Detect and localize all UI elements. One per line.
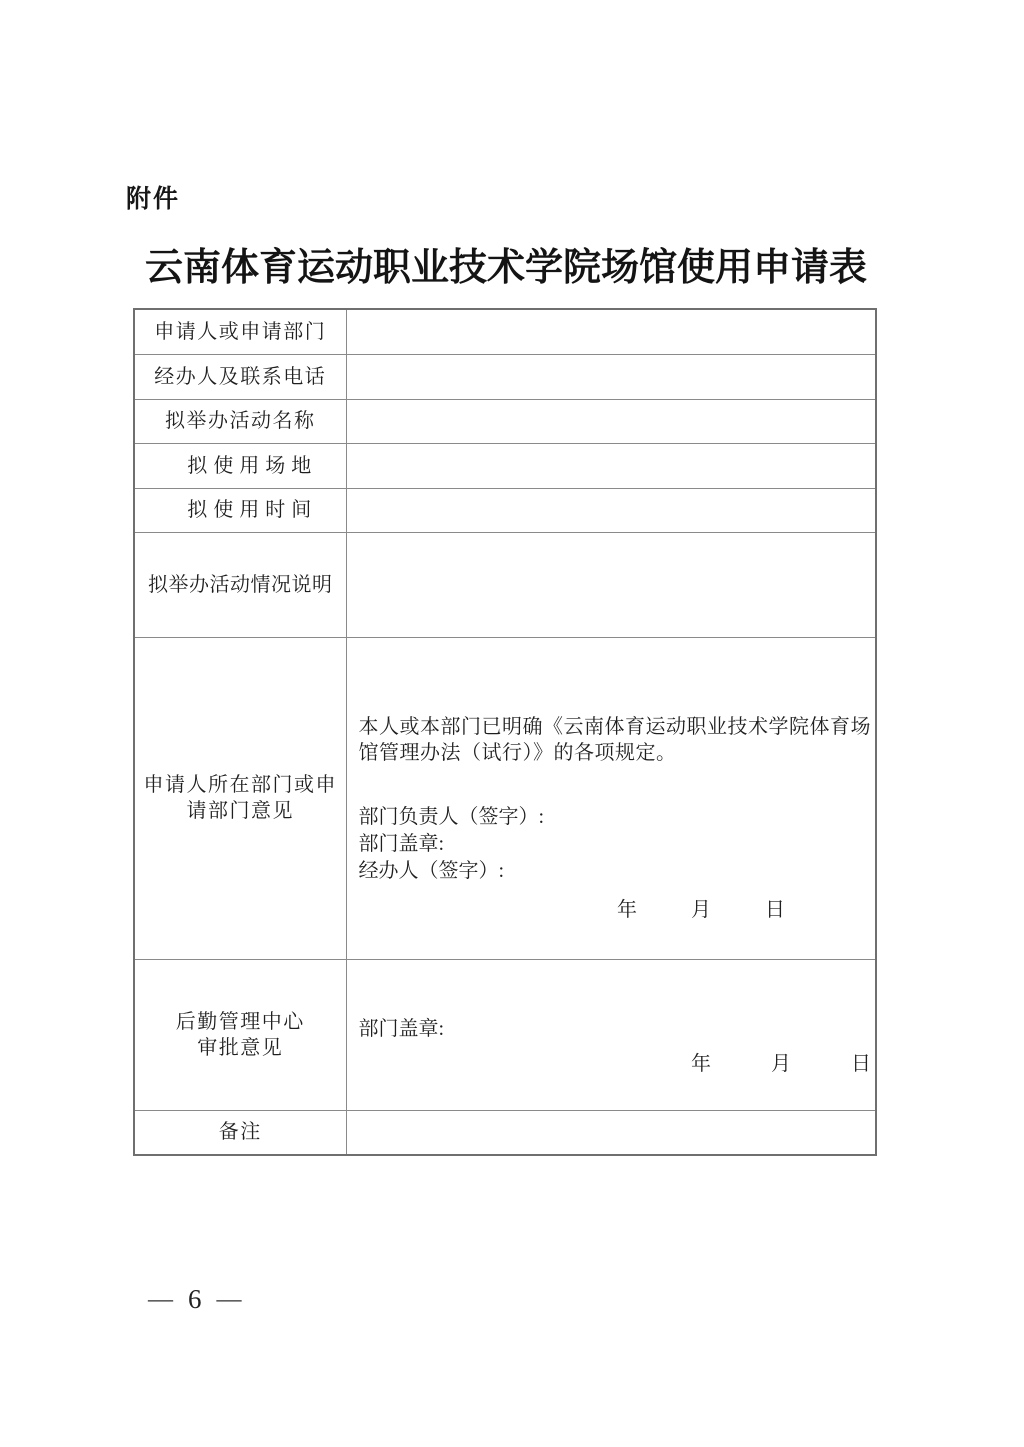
remark-value-cell — [346, 1110, 876, 1155]
department-stamp-line: 部门盖章: — [359, 831, 876, 858]
page-number-dash-left: — — [148, 1286, 173, 1314]
handler-signature-line: 经办人（签字）: — [359, 858, 876, 885]
table-row-department-opinion: 申请人所在部门或申 请部门意见 本人或本部门已明确《云南体育运动职业技术学院体育… — [134, 637, 876, 959]
table-row-activity-name: 拟举办活动名称 — [134, 399, 876, 443]
date-day-label: 日 — [765, 893, 785, 922]
logistics-approval-label: 后勤管理中心 审批意见 — [134, 959, 346, 1110]
table-row-logistics-approval: 后勤管理中心 审批意见 部门盖章: 年 月 日 — [134, 959, 876, 1110]
table-row-remark: 备注 — [134, 1110, 876, 1155]
department-head-signature-line: 部门负责人（签字）: — [359, 804, 876, 831]
activity-name-label: 拟举办活动名称 — [134, 399, 346, 443]
attachment-label: 附件 — [126, 179, 180, 215]
date-year-label: 年 — [617, 893, 637, 922]
logistics-approval-label-line1: 后勤管理中心 — [135, 1009, 346, 1035]
activity-description-label: 拟举办活动情况说明 — [134, 532, 346, 637]
use-time-label: 拟使用时间 — [134, 488, 346, 532]
table-row-venue: 拟使用场地 — [134, 443, 876, 488]
venue-label: 拟使用场地 — [134, 443, 346, 488]
page-title: 云南体育运动职业技术学院场馆使用申请表 — [133, 236, 879, 291]
activity-description-value-cell — [346, 532, 876, 637]
applicant-label: 申请人或申请部门 — [134, 309, 346, 354]
table-row-applicant: 申请人或申请部门 — [134, 309, 876, 354]
document-page: 附件 云南体育运动职业技术学院场馆使用申请表 申请人或申请部门 经办人及联系电话… — [0, 0, 1024, 1447]
page-number-dash-right: — — [217, 1286, 242, 1314]
table-row-use-time: 拟使用时间 — [134, 488, 876, 532]
department-opinion-content: 本人或本部门已明确《云南体育运动职业技术学院体育场馆管理办法（试行）》的各项规定… — [347, 638, 876, 959]
venue-value-cell — [346, 443, 876, 488]
regulation-statement: 本人或本部门已明确《云南体育运动职业技术学院体育场馆管理办法（试行）》的各项规定… — [359, 714, 876, 766]
application-form-table: 申请人或申请部门 经办人及联系电话 拟举办活动名称 拟使用场地 拟使用时间 拟举… — [133, 308, 877, 1156]
department-opinion-content-cell: 本人或本部门已明确《云南体育运动职业技术学院体育场馆管理办法（试行）》的各项规定… — [346, 637, 876, 959]
department-opinion-label: 申请人所在部门或申 请部门意见 — [134, 637, 346, 959]
date-month-label: 月 — [771, 1047, 791, 1076]
handler-phone-value-cell — [346, 354, 876, 399]
logistics-approval-content: 部门盖章: 年 月 日 — [347, 960, 876, 1110]
date-month-label: 月 — [691, 893, 711, 922]
logistics-approval-content-cell: 部门盖章: 年 月 日 — [346, 959, 876, 1110]
department-opinion-date-line: 年 月 日 — [359, 893, 876, 922]
table-row-activity-description: 拟举办活动情况说明 — [134, 532, 876, 637]
date-day-label: 日 — [851, 1047, 871, 1076]
use-time-value-cell — [346, 488, 876, 532]
page-number-value: 6 — [188, 1284, 202, 1315]
applicant-value-cell — [346, 309, 876, 354]
signature-block: 部门负责人（签字）: 部门盖章: 经办人（签字）: — [359, 804, 876, 885]
table-row-handler-phone: 经办人及联系电话 — [134, 354, 876, 399]
logistics-approval-date-line: 年 月 日 — [359, 1047, 876, 1076]
department-opinion-label-line1: 申请人所在部门或申 — [135, 772, 346, 798]
date-year-label: 年 — [691, 1047, 711, 1076]
handler-phone-label: 经办人及联系电话 — [134, 354, 346, 399]
department-opinion-label-line2: 请部门意见 — [135, 798, 346, 824]
approval-stamp-line: 部门盖章: — [359, 1016, 876, 1043]
remark-label: 备注 — [134, 1110, 346, 1155]
logistics-approval-label-line2: 审批意见 — [135, 1035, 346, 1061]
page-number: — 6 — — [148, 1284, 242, 1315]
activity-name-value-cell — [346, 399, 876, 443]
